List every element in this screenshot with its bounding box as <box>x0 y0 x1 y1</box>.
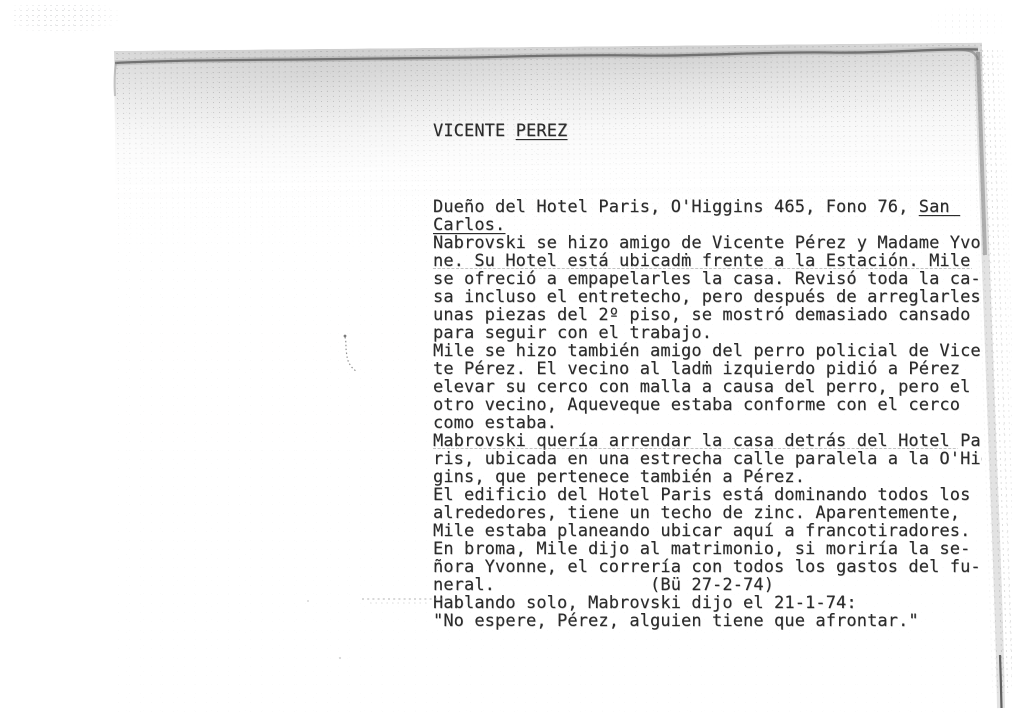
scan-noise-topleft <box>12 3 118 33</box>
text-line: neral. (Bü 27-2-74) <box>433 576 982 594</box>
text-line: Nabrovski se hizo amigo de Vicente Pérez… <box>433 234 982 252</box>
text-line: para seguir con el trabajo. <box>433 324 982 342</box>
typewritten-text: VICENTE PEREZ Dueño del Hotel Paris, O'H… <box>433 86 982 630</box>
document-title: VICENTE PEREZ <box>433 122 982 140</box>
text-line: sa incluso el entretecho, pero después d… <box>433 288 982 306</box>
text-line: gins, que pertenece también a Pérez. <box>433 468 982 486</box>
text-line: alrededores, tiene un techo de zinc. Apa… <box>433 504 982 522</box>
text-line: Mile estaba planeando ubicar aquí a fran… <box>433 522 982 540</box>
text-line: otro vecino, Aqueveque estaba conforme c… <box>433 396 982 414</box>
text-line: Hablando solo, Mabrovski dijo el 21-1-74… <box>433 594 982 612</box>
text-line: "No espere, Pérez, alguien tiene que afr… <box>433 612 982 630</box>
text-line: ris, ubicada en una estrecha calle paral… <box>433 450 982 468</box>
text-line: ne. Su Hotel está ubicadṁ frente a la Es… <box>433 252 982 270</box>
text-line: El edificio del Hotel Paris está dominan… <box>433 486 982 504</box>
text-line: se ofreció a empapelarles la casa. Revis… <box>433 270 982 288</box>
text-line: ñora Yvonne, el correría con todos los g… <box>433 558 982 576</box>
text-line: Dueño del Hotel Paris, O'Higgins 465, Fo… <box>433 198 982 216</box>
text-line: te Pérez. El vecino al ladṁ izquierdo pi… <box>433 360 982 378</box>
text-line: unas piezas del 2º piso, se mostró demas… <box>433 306 982 324</box>
text-line: Mabrovski quería arrendar la casa detrás… <box>433 432 982 450</box>
text-line: En broma, Mile dijo al matrimonio, si mo… <box>433 540 982 558</box>
scan-noise-topright <box>928 6 1008 40</box>
text-line: Mile se hizo también amigo del perro pol… <box>433 342 982 360</box>
text-line: Carlos. <box>433 216 982 234</box>
text-line: como estaba. <box>433 414 982 432</box>
scanned-page: VICENTE PEREZ Dueño del Hotel Paris, O'H… <box>0 0 1012 717</box>
text-line: elevar su cerco con malla a causa del pe… <box>433 378 982 396</box>
